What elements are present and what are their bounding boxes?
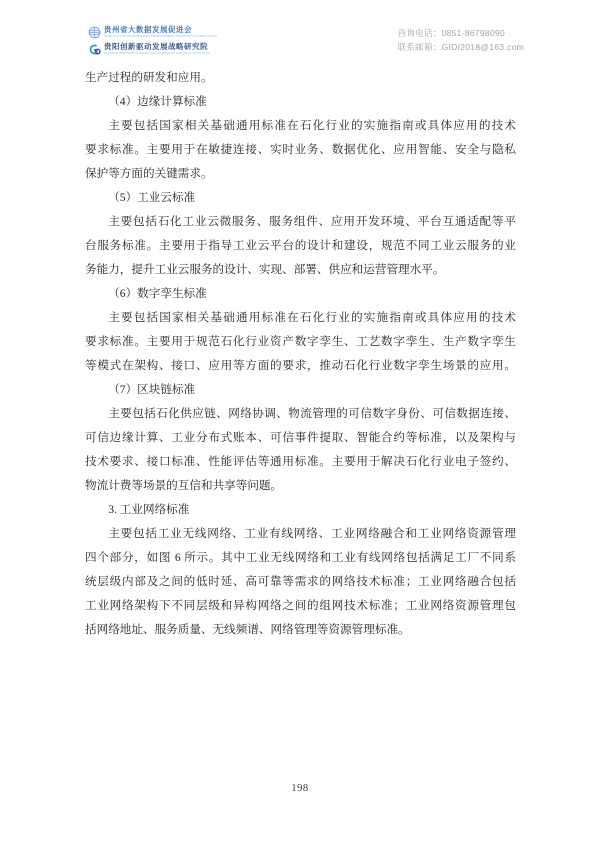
globe-icon: [88, 26, 101, 39]
body-text-line: 工业网络架构下不同层级和异构网络之间的组网技术标准；工业网络资源管理包: [85, 594, 516, 618]
body-text-line: （7）区块链标准: [85, 378, 516, 402]
body-text-line: （5）工业云标准: [85, 186, 516, 210]
body-text-line: 主要包括国家相关基础通用标准在石化行业的实施指南或具体应用的技术: [85, 306, 516, 330]
body-text-line: 主要包括国家相关基础通用标准在石化行业的实施指南或具体应用的技术: [85, 114, 516, 138]
body-text-line: （4）边缘计算标准: [85, 90, 516, 114]
body-text-line: 物流计费等场景的互信和共享等问题。: [85, 474, 516, 498]
body-text-line: 主要包括工业无线网络、工业有线网络、工业网络融合和工业网络资源管理: [85, 522, 516, 546]
association-subtitle: GUIZHOU PROVINCE BIG DATA DEVELOPMENT PR…: [104, 35, 318, 38]
body-text-line: 3. 工业网络标准: [85, 498, 516, 522]
body-text-line: 保护等方面的关键需求。: [85, 162, 516, 186]
association-name: 贵州省大数据发展促进会: [104, 26, 321, 34]
body-text-line: 括网络地址、服务质量、无线频谱、网络管理等资源管理标准。: [85, 618, 516, 642]
body-text-line: 四个部分，如图 6 所示。其中工业无线网络和工业有线网络包括满足工厂不同系: [85, 546, 516, 570]
document-page: 贵州省大数据发展促进会 GUIZHOU PROVINCE BIG DATA DE…: [0, 0, 600, 848]
body-text-line: 统层级内部及之间的低时延、高可靠等需求的网络技术标准；工业网络融合包括: [85, 570, 516, 594]
body-text-line: 台服务标准。主要用于指导工业云平台的设计和建设，规范不同工业云服务的业: [85, 234, 516, 258]
page-number: 198: [291, 783, 308, 794]
contact-phone-line: 咨询电话：0851-86798090: [398, 26, 524, 40]
body-text-line: 可信边缘计算、工业分布式账本、可信事件提取、智能合约等标准，以及架构与: [85, 426, 516, 450]
contact-email-line: 联系邮箱：GIDI2018@163.com: [398, 40, 524, 54]
body-text-line: 技术要求、接口标准、性能评估等通用标准。主要用于解决石化行业电子签约、: [85, 450, 516, 474]
letterhead-logos: 贵州省大数据发展促进会 GUIZHOU PROVINCE BIG DATA DE…: [88, 25, 321, 56]
body-text-line: 要求标准。主要用于规范石化行业资产数字孪生、工艺数字孪生、生产数字孪生: [85, 330, 516, 354]
contact-email-value: GIDI2018@163.com: [442, 42, 524, 52]
body-text-line: 务能力，提升工业云服务的设计、实现、部署、供应和运营管理水平。: [85, 258, 516, 282]
page-header: 贵州省大数据发展促进会 GUIZHOU PROVINCE BIG DATA DE…: [88, 25, 524, 56]
institute-name: 贵阳创新驱动发展战略研究院: [104, 43, 307, 51]
body-text-line: 主要包括石化工业云微服务、服务组件、应用开发环境、平台互通适配等平: [85, 210, 516, 234]
body-text-line: 主要包括石化供应链、网络协调、物流管理的可信数字身份、可信数据连接、: [85, 402, 516, 426]
contact-phone-label: 咨询电话：: [398, 28, 442, 38]
document-body: 生产过程的研发和应用。（4）边缘计算标准主要包括国家相关基础通用标准在石化行业的…: [85, 66, 516, 642]
body-text-line: 要求标准。主要用于在敏捷连接、实时业务、数据优化、应用智能、安全与隐私: [85, 138, 516, 162]
body-text-line: 等模式在架构、接口、应用等方面的要求，推动石化行业数字孪生场景的应用。: [85, 354, 516, 378]
body-text-line: 生产过程的研发和应用。: [85, 66, 516, 90]
contact-email-label: 联系邮箱：: [398, 42, 442, 52]
header-contact: 咨询电话：0851-86798090 联系邮箱：GIDI2018@163.com: [398, 25, 524, 54]
association-logo: 贵州省大数据发展促进会 GUIZHOU PROVINCE BIG DATA DE…: [88, 25, 321, 39]
institute-logo: 贵阳创新驱动发展战略研究院 GUIYANG INNOVATION DRIVEN …: [88, 42, 321, 56]
gidi-monogram-icon: [88, 43, 101, 56]
page-footer: 198: [0, 783, 600, 794]
body-text-line: （6）数字孪生标准: [85, 282, 516, 306]
institute-subtitle: GUIYANG INNOVATION DRIVEN DEVELOPMENT ST…: [104, 52, 304, 55]
contact-phone-value: 0851-86798090: [442, 28, 505, 38]
